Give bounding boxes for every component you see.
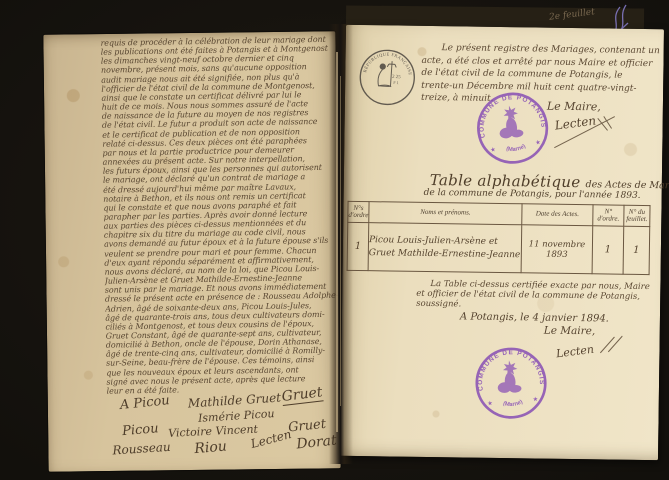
alphabetical-table: N°s d'ordreNoms et prénoms.Date des Acte… <box>347 201 651 275</box>
table-title-line2: de la commune de Potangis, pour l'année … <box>424 188 641 201</box>
certification-signature: Lecten <box>555 334 624 360</box>
commune-stamp: COMMUNE DE POTANGIS (Marne) ★ ★ <box>470 342 553 425</box>
table-header-cell: Noms et prénoms. <box>369 202 522 225</box>
revenue-value-bottom: F 1 <box>393 80 399 85</box>
signature: Rousseau <box>112 440 171 458</box>
commune-stamp-bottom-text: (Marne) <box>502 399 524 409</box>
signature: Victoire Vincent <box>168 423 258 440</box>
signature-flourish <box>596 334 624 355</box>
star-icon: ★ <box>486 401 493 408</box>
revenue-stamp: RÉPUBLIQUE FRANÇAISE 2 25 F 1 <box>355 45 419 109</box>
table-row: 1 Picou Louis-Julien-Arsène et Gruet Mat… <box>347 222 650 274</box>
signature: Picou <box>122 421 159 439</box>
cell-no-ordre: 1 <box>592 226 624 274</box>
table-header-cell: N° du feuillet. <box>624 205 650 226</box>
registry-photo: 2e feuillet requis de procéder à la célé… <box>0 0 669 480</box>
signatures-block: A PicouMathilde GruetGruetIsmérie PicouP… <box>43 31 340 472</box>
table-header-cell: Date des Actes. <box>522 204 593 226</box>
table-header-cell: N° d'ordre. <box>593 205 624 226</box>
certification-statement: La Table ci-dessus certifiée exacte par … <box>416 280 650 313</box>
certification-le-maire: Le Maire, <box>544 325 596 338</box>
right-page: RÉPUBLIQUE FRANÇAISE 2 25 F 1 Le présent… <box>340 25 664 460</box>
marianne-figure-icon <box>495 360 521 395</box>
commune-stamp: COMMUNE DE POTANGIS (Marne) ★ ★ <box>469 85 556 172</box>
commune-stamp-bottom-text: (Marne) <box>505 143 528 155</box>
book-gutter <box>329 24 353 464</box>
cell-no-feuillet: 1 <box>623 226 650 274</box>
signature: Gruet <box>281 384 324 406</box>
signature: A Picou <box>119 393 170 413</box>
star-icon: ★ <box>534 140 541 147</box>
left-page: requis de procéder à la célébration de l… <box>43 31 340 472</box>
certification-signature-text: Lecten <box>555 343 594 361</box>
revenue-stamp-arc-text: RÉPUBLIQUE FRANÇAISE <box>362 50 414 76</box>
signature: Gruet <box>287 417 326 436</box>
signature-flourish <box>549 112 620 153</box>
signature: Riou <box>194 438 228 457</box>
star-icon: ★ <box>532 397 539 404</box>
signature: Ismérie Picou <box>198 407 275 425</box>
cell-noms-line2: Gruet Mathilde-Ernestine-Jeanne <box>369 247 521 262</box>
certification-date: A Potangis, le 4 janvier 1894. <box>460 311 609 324</box>
cell-noms: Picou Louis-Julien-Arsène et Gruet Mathi… <box>368 223 522 273</box>
marianne-figure-icon <box>495 104 523 140</box>
cell-date: 11 novembre 1893 <box>521 225 593 274</box>
